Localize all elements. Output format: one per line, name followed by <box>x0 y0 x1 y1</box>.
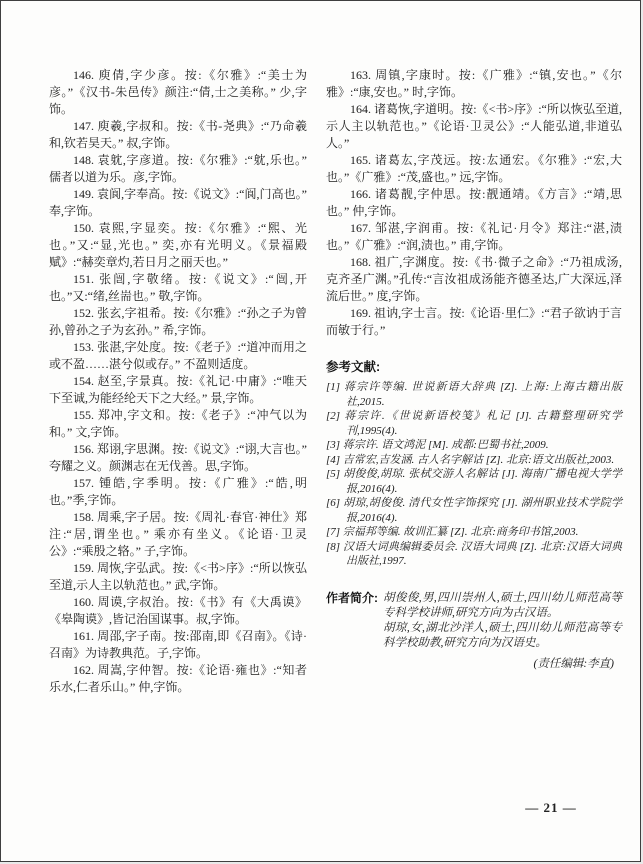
entry-item: 157. 锺皓,字季明。按:《广雅》:“皓,明也。”季,字饰。 <box>49 475 307 509</box>
entry-item: 163. 周镇,字康时。按:《广雅》:“镇,安也。”《尔雅》:“康,安也。” 时… <box>326 67 622 101</box>
entry-item: 165. 诸葛厷,字茂远。按:厷通宏。《尔雅》:“宏,大也。”《广雅》:“茂,盛… <box>326 152 622 186</box>
reference-item: [6] 胡琼,胡俊俊. 清代女性字饰探究 [J]. 湖州职业技术学院学报,201… <box>326 496 622 525</box>
entry-item: 150. 袁熙,字显奕。按:《尔雅》:“熙、光也。”又:“显,光也。” 奕,亦有… <box>49 220 307 271</box>
author-bio: 胡俊俊,男,四川崇州人,硕士,四川幼儿师范高等专科学校讲师,研究方向为古汉语。 <box>383 591 622 621</box>
entry-item: 148. 袁躭,字彦道。按:《尔雅》:“躭,乐也。” 儒者以道为乐。彦,字饰。 <box>49 152 307 186</box>
entry-item: 155. 郑冲,字文和。按:《老子》:“冲气以为和。” 文,字饰。 <box>49 407 307 441</box>
reference-item: [8] 汉语大词典编辑委员会. 汉语大词典 [Z]. 北京:汉语大词典出版社,1… <box>326 540 622 569</box>
entry-item: 159. 周恢,字弘武。按:《<书>序》:“所以恢弘至道,示人主以轨范也。” 武… <box>49 560 307 594</box>
right-column-entries: 163. 周镇,字康时。按:《广雅》:“镇,安也。”《尔雅》:“康,安也。” 时… <box>326 67 622 339</box>
reference-item: [1] 蒋宗许等编. 世说新语大辞典 [Z]. 上海:上海古籍出版社,2015. <box>326 380 622 409</box>
entry-item: 169. 祖讷,字士言。按:《论语·里仁》:“君子欲讷于言而敏于行。” <box>326 305 622 339</box>
left-column: 146. 庾倩,字少彦。按:《尔雅》:“美士为彦。”《汉书-朱邑传》颜注:“倩,… <box>49 67 307 696</box>
reference-item: [7] 宗福邦等编. 故训汇纂 [Z]. 北京:商务印书馆,2003. <box>326 525 622 540</box>
editor-note: (责任编辑:李直) <box>326 657 622 672</box>
entry-item: 164. 诸葛恢,字道明。按:《<书>序》:“所以恢弘至道,示人主以轨范也。”《… <box>326 101 622 152</box>
author-bios: 胡俊俊,男,四川崇州人,硕士,四川幼儿师范高等专科学校讲师,研究方向为古汉语。胡… <box>383 591 622 651</box>
reference-item: [5] 胡俊俊,胡琼. 张栻交游人名解诂 [J]. 海南广播电视大学学报,201… <box>326 467 622 496</box>
entry-item: 162. 周嵩,字仲智。按:《论语·雍也》:“知者乐水,仁者乐山。” 仲,字饰。 <box>49 662 307 696</box>
author-section: 作者简介: 胡俊俊,男,四川崇州人,硕士,四川幼儿师范高等专科学校讲师,研究方向… <box>326 591 622 651</box>
entry-item: 161. 周邵,字子南。按:邵南,即《召南》。《诗·召南》为诗教典范。子,字饰。 <box>49 628 307 662</box>
author-bio: 胡琼,女,湖北沙洋人,硕士,四川幼儿师范高等专科学校助教,研究方向为汉语史。 <box>383 621 622 651</box>
entry-item: 158. 周乘,字子居。按:《周礼·春官·神仕》郑注:“居,谓坐也。” 乘亦有坐… <box>49 509 307 560</box>
entry-item: 147. 庾羲,字叔和。按:《书-尧典》:“乃命羲和,钦若昊天。” 叔,字饰。 <box>49 118 307 152</box>
page-number: — 21 — <box>471 800 631 816</box>
right-column: 163. 周镇,字康时。按:《广雅》:“镇,安也。”《尔雅》:“康,安也。” 时… <box>326 67 622 672</box>
reference-item: [3] 蒋宗许. 语文鸿泥 [M]. 成都:巴蜀书社,2009. <box>326 438 622 453</box>
entry-item: 156. 郑诩,字思渊。按:《说文》:“诩,大言也。” 夸耀之义。颜渊志在无伐善… <box>49 441 307 475</box>
entry-item: 146. 庾倩,字少彦。按:《尔雅》:“美士为彦。”《汉书-朱邑传》颜注:“倩,… <box>49 67 307 118</box>
entry-item: 154. 赵至,字景真。按:《礼记·中庸》:“唯天下至诚,为能经纶天下之大经。”… <box>49 373 307 407</box>
author-section-label: 作者简介: <box>326 591 378 606</box>
entry-item: 151. 张闿,字敬绪。按:《说文》:“闿,开也。”又:“绪,丝耑也。” 敬,字… <box>49 271 307 305</box>
entry-item: 160. 周谟,字叔治。按:《书》有《大禹谟》《皋陶谟》,皆记治国谋事。叔,字饰… <box>49 594 307 628</box>
references-heading: 参考文献: <box>326 359 622 376</box>
entry-item: 167. 邹湛,字润甫。按:《礼记·月令》郑注:“湛,渍也。”《广雅》:“润,渍… <box>326 220 622 254</box>
entry-item: 153. 张湛,字处度。按:《老子》:“道冲而用之或不盈……湛兮似或存。” 不盈… <box>49 339 307 373</box>
entry-item: 152. 张玄,字祖希。按:《尔雅》:“孙之子为曾孙,曾孙之子为玄孙。” 希,字… <box>49 305 307 339</box>
entry-item: 166. 诸葛靓,字仲思。按:靓通靖。《方言》:“靖,思也。” 仲,字饰。 <box>326 186 622 220</box>
references-list: [1] 蒋宗许等编. 世说新语大辞典 [Z]. 上海:上海古籍出版社,2015.… <box>326 380 622 569</box>
reference-item: [2] 蒋宗许.《世说新语校笺》札记 [J]. 古籍整理研究学刊,1995(4)… <box>326 409 622 438</box>
reference-item: [4] 吉常宏,吉发涵. 古人名字解诂 [Z]. 北京:语文出版社,2003. <box>326 453 622 468</box>
entry-item: 149. 袁阆,字奉高。按:《说文》:“阆,门高也。” 奉,字饰。 <box>49 186 307 220</box>
page: 146. 庾倩,字少彦。按:《尔雅》:“美士为彦。”《汉书-朱邑传》颜注:“倩,… <box>0 0 641 862</box>
entry-item: 168. 祖广,字渊度。按:《书·微子之命》:“乃祖成汤,克齐圣广渊。”孔传:“… <box>326 254 622 305</box>
